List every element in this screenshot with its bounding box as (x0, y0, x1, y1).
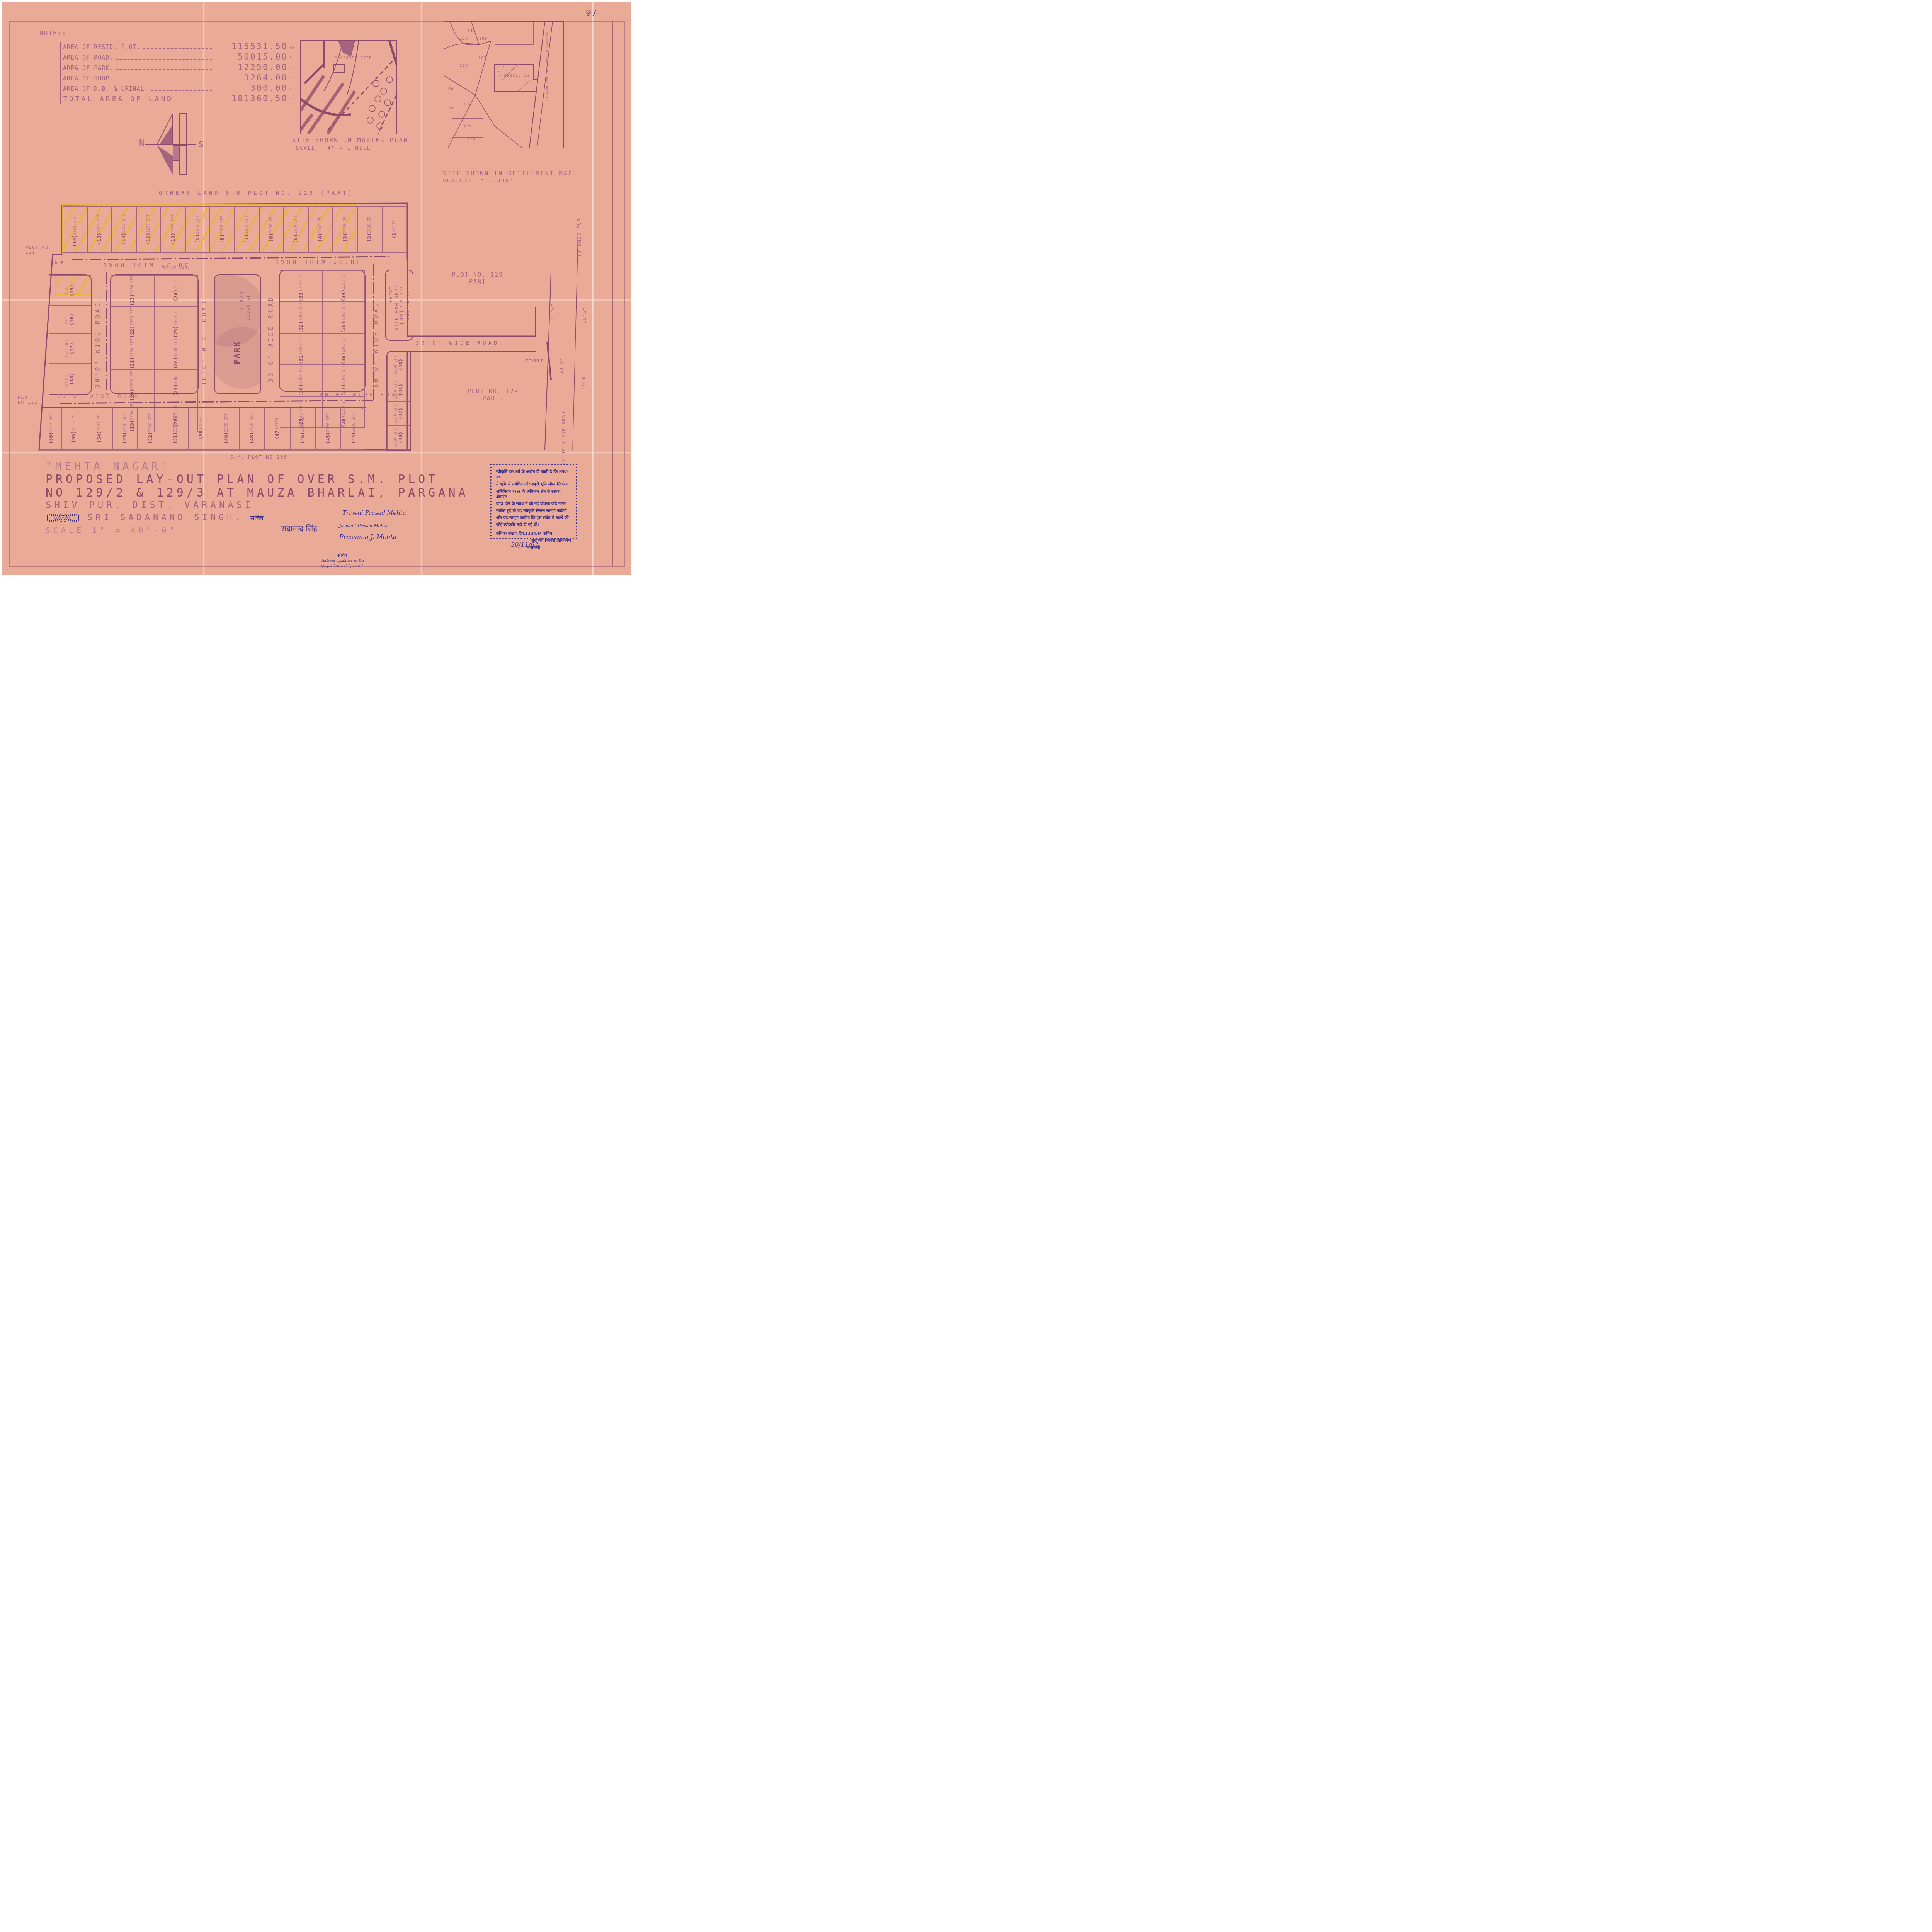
plot-17[interactable]: 2223 SFT(17) (49, 333, 91, 364)
jaunpur-road-label: TO JAUN PUR ROAD (561, 411, 566, 464)
plot-1[interactable]: 2115(1) (382, 206, 407, 253)
plot-51[interactable]: 2210 SFT(51) (163, 408, 189, 450)
plot-21[interactable]: 1860 SFT(21) (111, 338, 154, 369)
plot-25[interactable]: 1860 SFT(25) (154, 306, 198, 338)
road-dim-2: 23'0" (559, 357, 564, 374)
plot-13[interactable]: 2266 SFT(13) (87, 206, 112, 253)
road-label-top-right: 30'0" WIDE ROAD (273, 258, 360, 265)
top-row-plots: 2194.5 SFT(14) 2266 SFT(13) 2275 SFT(12)… (63, 206, 406, 253)
plot-3[interactable]: 2126.25(3) (333, 206, 357, 253)
plot-47[interactable]: 2170(47) (265, 408, 290, 450)
plot-33[interactable]: 2160 SFT(33) (280, 270, 322, 302)
plot-43[interactable]: 1860 SFT(43) (387, 426, 410, 450)
shop-number: (39) (399, 309, 405, 325)
road-label-south-left: 30'0" WIDE ROAD (56, 393, 140, 400)
plot-35[interactable]: 1860 SFT(35) (322, 302, 365, 333)
file-ref-label: संचिका संख्या (496, 531, 517, 536)
block-b: 2160 SFT(33) 2160 SFT(34) 1860 SFT(32) 1… (279, 270, 366, 392)
road-label-right-vertical: 30'0" WIDE ROAD. (372, 295, 379, 388)
plot-46[interactable]: 2100 SFT(46) (290, 408, 316, 450)
approval-stamp: स्वीकृति इस शर्त के अधीन दी जाती है कि श… (490, 464, 577, 539)
plot-16[interactable]: 2241(16) (49, 306, 91, 333)
road-label-mid-vertical: 30'0" WIDE ROAD (201, 299, 208, 386)
layout-plan-sheet: 97 NOTE:- AREA OF RESID. PLOT. 115531.50… (2, 2, 631, 575)
road-label-left-vertical: 30'0" WIDE ROAD. (94, 295, 101, 388)
plot-48[interactable]: 2170 SFT(48) (239, 408, 265, 450)
plot-12[interactable]: 2275 SFT(12) (112, 206, 136, 253)
plot-55[interactable]: 2213.75(55) (61, 408, 87, 450)
plot-9[interactable]: 2205 SFT(9) (185, 206, 210, 253)
plot-7[interactable]: 2205 SFT(7) (235, 206, 259, 253)
plot-4[interactable]: 2143.75(4) (308, 206, 333, 253)
title-line-1: PROPOSED LAY-OUT PLAN OF OVER S.M. PLOT (46, 473, 424, 486)
db-label: D.B. (55, 261, 67, 265)
water-line-label: WATER LINE (164, 266, 190, 269)
approval-date-signature: 30/11/82 (511, 541, 539, 548)
park-dims: 175X70 (239, 291, 245, 315)
plot-18[interactable]: 2223 SFT(18) (49, 364, 91, 394)
road-label-east: 30'0" WIDE ROAD. (416, 340, 505, 346)
left-column-plots: 2223(15) 2241(16) 2223 SFT(17) 2223 SFT(… (49, 274, 92, 395)
plot-56[interactable]: 2223 SFT(56) (41, 408, 61, 450)
plot-53[interactable]: 2240 SFT(53) (112, 408, 138, 450)
plot-41[interactable]: 1860 SFT(41) (387, 378, 410, 402)
society-stamp: सचिव श्रीमती गंगा सहकारी आ० स० लि० पुष्प… (281, 552, 404, 568)
park-area-sft: 12250 SFT (246, 291, 251, 321)
plot-34[interactable]: 2160 SFT(34) (322, 270, 365, 302)
plot-40[interactable]: 2160 SFT(40) (387, 352, 410, 378)
shop-sub: CUM FLAT (400, 286, 403, 307)
signature-hindi: सदानन्द सिंह (281, 523, 317, 534)
plot-5[interactable]: 2170 SFT(5) (284, 206, 308, 253)
plot-30[interactable]: 1860 SFT(30) (280, 365, 322, 396)
road-dim-1: 21'6" (550, 303, 555, 320)
block-a: 2160 SFT(23) 2160(24) 1860 SFT(22) 1860 … (110, 274, 199, 394)
road-dim-4: 10'6" (581, 372, 586, 389)
plot-54[interactable]: 2231.25(54) (87, 408, 112, 450)
plot-26[interactable]: 1860 SFT(26) (154, 338, 198, 369)
plot-32[interactable]: 1860 SFT(32) (280, 302, 322, 333)
right-column-block: 2160 SFT(40) 1860 SFT(41) 1860 SFT(42) 1… (386, 351, 411, 451)
plot-52[interactable]: 2240 SFT(52) (138, 408, 163, 450)
project-name: "MEHTA NAGAR" (46, 460, 424, 473)
signature-triveni: Triveni Prasad Mehta (342, 509, 406, 516)
plot-49[interactable]: 2205 SFT(49) (214, 408, 240, 450)
plot-14[interactable]: 2194.5 SFT(14) (63, 206, 87, 253)
plot-45[interactable]: 2100 SFT(45) (316, 408, 341, 450)
scribbled-out-text (46, 514, 80, 522)
plot-6[interactable]: 2196.25(6) (259, 206, 284, 253)
shop-dim: 96'0" (388, 286, 393, 303)
shivpur-road-label: TO SHIV PUR (577, 218, 582, 257)
road-dim-3: 10'6" (582, 307, 587, 323)
temple-label: TEMPLE (526, 359, 544, 364)
plot-24[interactable]: 2160(24) (154, 275, 198, 306)
file-ref-value: विप्र.114/80 (518, 531, 541, 536)
plot-10[interactable]: 2275 SFT(10) (161, 206, 185, 253)
road-label-park-right: 30'0" WIDE ROAD (267, 295, 274, 382)
plot-42[interactable]: 1860 SFT(42) (387, 402, 410, 426)
plot-44[interactable]: 2220 SFT(44) (341, 408, 366, 450)
plot-31[interactable]: 1860 SFT(31) (280, 333, 322, 365)
park-area[interactable]: PARK 175X70 12250 SFT (214, 274, 261, 394)
bottom-row-plots: 2223 SFT(56) 2213.75(55) 2231.25(54) 224… (41, 407, 366, 450)
plot-8[interactable]: 2205 SFT(8) (210, 206, 235, 253)
officer-title: सचिव (544, 531, 552, 536)
signature-prasanna: Prasanna J. Mehta (339, 533, 396, 541)
shop-area: 3264 SFT. (405, 290, 410, 320)
plot-22[interactable]: 1860 SFT(22) (111, 306, 154, 338)
owner-name: SRI SADANAND SINGH. (87, 513, 243, 522)
plot-50[interactable]: 2205(50) (189, 408, 214, 450)
plot-36[interactable]: 1860 SFT(36) (322, 333, 365, 365)
park-label: PARK (233, 341, 242, 364)
sachiv-hindi-label: सचिव (250, 514, 264, 522)
shop-site-39[interactable]: 96'0" SITE FOR SHOP CUM FLAT (39) 3264 S… (385, 270, 413, 341)
plot-15[interactable]: 2223(15) (49, 275, 91, 306)
road-label-south-middle: 30'0" WIDE ROAD (319, 392, 403, 398)
plot-11[interactable]: 2275 SFT(11) (136, 206, 161, 253)
plot-27[interactable]: 1860(27) (154, 369, 198, 401)
signature-jaswant: Jaswant Prasad Mehta (339, 523, 388, 528)
title-line-3: SHIV PUR. DIST. VARANASI (46, 500, 424, 510)
plot-2[interactable]: 2108.75(2) (357, 206, 382, 253)
plot-23[interactable]: 2160 SFT(23) (111, 275, 154, 306)
title-line-2: NO 129/2 & 129/3 AT MAUZA BHARLAI, PARGA… (46, 486, 424, 500)
